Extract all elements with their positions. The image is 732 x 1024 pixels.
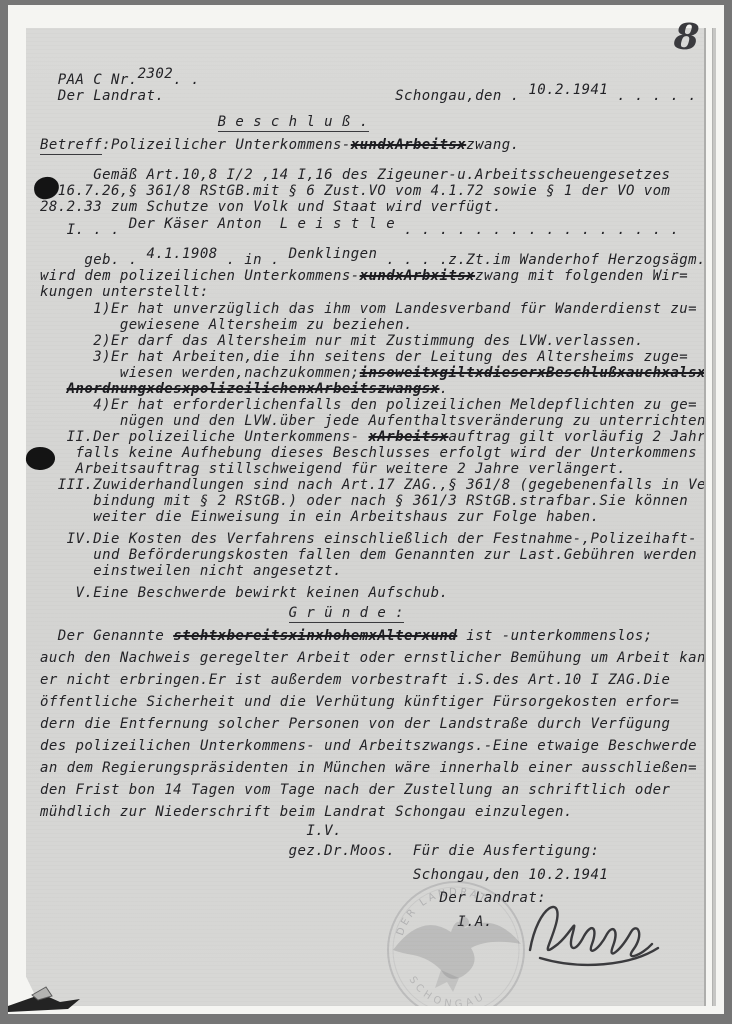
text-segment: auftrag gilt vorläufig 2 Jahre; xyxy=(448,429,706,445)
doc-line: an dem Regierungspräsidenten in München … xyxy=(40,757,704,779)
doc-line: wiesen werden,nachzukommen;insoweitxgilt… xyxy=(40,365,704,381)
doc-line: und Beförderungskosten fallen dem Genann… xyxy=(40,547,704,563)
text-segment: kungen unterstellt: xyxy=(40,284,209,300)
text-segment: 4.1.1908 xyxy=(147,246,218,262)
doc-line: auch den Nachweis geregelter Arbeit oder… xyxy=(40,647,704,669)
doc-line: V.Eine Beschwerde bewirkt keinen Aufschu… xyxy=(40,585,704,601)
doc-line: den Frist bon 14 Tagen vom Tage nach der… xyxy=(40,779,704,801)
doc-line: B e s c h l u ß . xyxy=(40,114,704,130)
doc-line: weiter die Einweisung in ein Arbeitshaus… xyxy=(40,509,704,525)
text-segment: er nicht erbringen.Er ist außerdem vorbe… xyxy=(40,672,670,688)
doc-line: des polizeilichen Unterkommens- und Arbe… xyxy=(40,735,704,757)
text-segment: zwang mit folgenden Wir= xyxy=(475,268,688,284)
text-segment: gewiesene Altersheim zu beziehen. xyxy=(40,317,413,333)
doc-line: 28.2.33 zum Schutze von Volk und Staat w… xyxy=(40,199,704,215)
text-segment: G r ü n d e : xyxy=(289,605,404,623)
text-segment: Der Käser Anton L e i s t l e xyxy=(129,216,395,232)
text-segment: Arbeitsauftrag stillschweigend für weite… xyxy=(40,461,626,477)
text-segment: wird dem polizeilichen Unterkommens- xyxy=(40,268,360,284)
text-segment: falls keine Aufhebung dieses Beschlusses… xyxy=(40,445,697,461)
text-segment: nügen und den LVW.über jede Aufenthaltsv… xyxy=(40,413,706,429)
text-segment: und Beförderungskosten fallen dem Genann… xyxy=(40,547,697,563)
doc-line: wird dem polizeilichen Unterkommens-xund… xyxy=(40,268,704,284)
text-segment: . . . .z.Zt.im Wanderhof Herzogsägm. xyxy=(377,252,706,268)
signature-scrawl xyxy=(512,886,670,978)
text-segment: . in . xyxy=(218,252,289,268)
document-lines: PAA C Nr.2302. . Der Landrat. Schongau,d… xyxy=(40,72,704,930)
text-segment: 28.2.33 zum Schutze von Volk und Staat w… xyxy=(40,199,502,215)
doc-line: bindung mit § 2 RStGB.) oder nach § 361/… xyxy=(40,493,704,509)
text-segment: Der Landrat. xyxy=(40,88,164,104)
text-segment: B e s c h l u ß . xyxy=(218,114,369,132)
text-segment: Schongau,den . xyxy=(164,88,528,104)
doc-line: Gemäß Art.10,8 I/2 ,14 I,16 des Zigeuner… xyxy=(40,167,704,183)
text-segment: dern die Entfernung solcher Personen von… xyxy=(40,716,670,732)
text-segment: . xyxy=(440,381,449,397)
handwritten-page-number: 8 xyxy=(673,15,701,59)
doc-line: gez.Dr.Moos. Für die Ausfertigung: xyxy=(40,843,704,859)
text-segment xyxy=(40,114,218,130)
doc-line: gewiesene Altersheim zu beziehen. xyxy=(40,317,704,333)
doc-line: 3)Er hat Arbeiten,die ihn seitens der Le… xyxy=(40,349,704,365)
text-segment: AnordnungxdesxpolizeilichenxArbeitszwang… xyxy=(67,381,440,397)
text-segment: Der Genannte xyxy=(40,628,173,644)
doc-line: III.Zuwiderhandlungen sind nach Art.17 Z… xyxy=(40,477,704,493)
text-segment: . . xyxy=(173,72,200,88)
text-segment: zwang. xyxy=(466,137,519,153)
text-segment: 3)Er hat Arbeiten,die ihn seitens der Le… xyxy=(40,349,688,365)
text-segment: öffentliche Sicherheit und die Verhütung… xyxy=(40,694,679,710)
doc-line: 2)Er darf das Altersheim nur mit Zustimm… xyxy=(40,333,704,349)
text-segment: bindung mit § 2 RStGB.) oder nach § 361/… xyxy=(40,493,688,509)
text-segment: 16.7.26,§ 361/8 RStGB.mit § 6 Zust.VO vo… xyxy=(40,183,670,199)
text-segment: xundxArbeitsx xyxy=(351,137,466,153)
doc-line: Der Genannte stehtxbereitsxinxhohemxAlte… xyxy=(40,625,704,647)
torn-corner xyxy=(2,986,112,1014)
page-fold-line xyxy=(712,28,716,1006)
text-segment: xArbeitsx xyxy=(369,429,449,445)
text-segment: stehtxbereitsxinxhohemxAlterxund xyxy=(173,628,457,644)
doc-line: geb. . 4.1.1908 . in . Denklingen . . . … xyxy=(40,252,704,268)
text-segment: V.Eine Beschwerde bewirkt keinen Aufschu… xyxy=(40,585,448,601)
text-segment xyxy=(40,605,289,621)
text-segment: 2302 xyxy=(138,66,174,82)
text-segment: PAA C Nr. xyxy=(40,72,138,88)
text-segment: mühdlich zur Niederschrift beim Landrat … xyxy=(40,804,573,820)
text-segment: geb. . xyxy=(40,252,147,268)
doc-line: 16.7.26,§ 361/8 RStGB.mit § 6 Zust.VO vo… xyxy=(40,183,704,199)
doc-line: 1)Er hat unverzüglich das ihm vom Landes… xyxy=(40,301,704,317)
doc-line: einstweilen nicht angesetzt. xyxy=(40,563,704,579)
text-segment xyxy=(40,381,67,397)
text-segment: . . . . . . . . . . . . . . . . xyxy=(395,222,679,238)
text-segment: IV.Die Kosten des Verfahrens einschließl… xyxy=(40,531,697,547)
text-segment: II.Der polizeiliche Unterkommens- xyxy=(40,429,369,445)
text-segment: 4)Er hat erforderlichenfalls den polizei… xyxy=(40,397,697,413)
doc-line: AnordnungxdesxpolizeilichenxArbeitszwang… xyxy=(40,381,704,397)
text-segment: einstweilen nicht angesetzt. xyxy=(40,563,342,579)
text-segment: Gemäß Art.10,8 I/2 ,14 I,16 des Zigeuner… xyxy=(40,167,670,183)
text-segment: I.V. xyxy=(40,823,342,839)
doc-line: II.Der polizeiliche Unterkommens- xArbei… xyxy=(40,429,704,445)
text-segment: weiter die Einweisung in ein Arbeitshaus… xyxy=(40,509,599,525)
text-segment: I. . . xyxy=(40,222,129,238)
doc-line: Der Landrat. Schongau,den . 10.2.1941 . … xyxy=(40,88,704,104)
text-segment: Betreff xyxy=(40,137,102,155)
doc-line: mühdlich zur Niederschrift beim Landrat … xyxy=(40,801,704,823)
doc-line: er nicht erbringen.Er ist außerdem vorbe… xyxy=(40,669,704,691)
text-segment: auch den Nachweis geregelter Arbeit oder… xyxy=(40,650,706,666)
doc-line: öffentliche Sicherheit und die Verhütung… xyxy=(40,691,704,713)
text-segment: . . . . . . xyxy=(608,88,706,104)
doc-line: kungen unterstellt: xyxy=(40,284,704,300)
doc-line: nügen und den LVW.über jede Aufenthaltsv… xyxy=(40,413,704,429)
document-page: PAA C Nr.2302. . Der Landrat. Schongau,d… xyxy=(26,28,706,1006)
doc-line: 4)Er hat erforderlichenfalls den polizei… xyxy=(40,397,704,413)
doc-line: dern die Entfernung solcher Personen von… xyxy=(40,713,704,735)
doc-line: I. . . Der Käser Anton L e i s t l e . .… xyxy=(40,222,704,238)
text-segment: :Polizeilicher Unterkommens- xyxy=(102,137,351,153)
doc-line: G r ü n d e : xyxy=(40,605,704,621)
text-segment: III.Zuwiderhandlungen sind nach Art.17 Z… xyxy=(40,477,706,493)
doc-line: I.V. xyxy=(40,823,704,839)
text-segment: insoweitxgiltxdieserxBeschlußxauchxalsx xyxy=(360,365,706,381)
screenshot-root: { "page": { "number": "8" }, "colors": {… xyxy=(0,0,732,1024)
doc-line: Betreff:Polizeilicher Unterkommens-xundx… xyxy=(40,137,704,153)
text-segment: 1)Er hat unverzüglich das ihm vom Landes… xyxy=(40,301,697,317)
text-segment: ist -unterkommenslos; xyxy=(457,628,652,644)
doc-line: falls keine Aufhebung dieses Beschlusses… xyxy=(40,445,704,461)
doc-line: IV.Die Kosten des Verfahrens einschließl… xyxy=(40,531,704,547)
text-segment: an dem Regierungspräsidenten in München … xyxy=(40,760,697,776)
text-segment: den Frist bon 14 Tagen vom Tage nach der… xyxy=(40,782,670,798)
text-segment: wiesen werden,nachzukommen; xyxy=(40,365,360,381)
text-segment: gez.Dr.Moos. Für die Ausfertigung: xyxy=(40,843,599,859)
text-segment: 10.2.1941 xyxy=(528,82,608,98)
text-segment: 2)Er darf das Altersheim nur mit Zustimm… xyxy=(40,333,644,349)
text-segment: des polizeilichen Unterkommens- und Arbe… xyxy=(40,738,697,754)
text-segment: Denklingen xyxy=(289,246,378,262)
text-segment: xundxArbxitsx xyxy=(360,268,475,284)
doc-line: Arbeitsauftrag stillschweigend für weite… xyxy=(40,461,704,477)
